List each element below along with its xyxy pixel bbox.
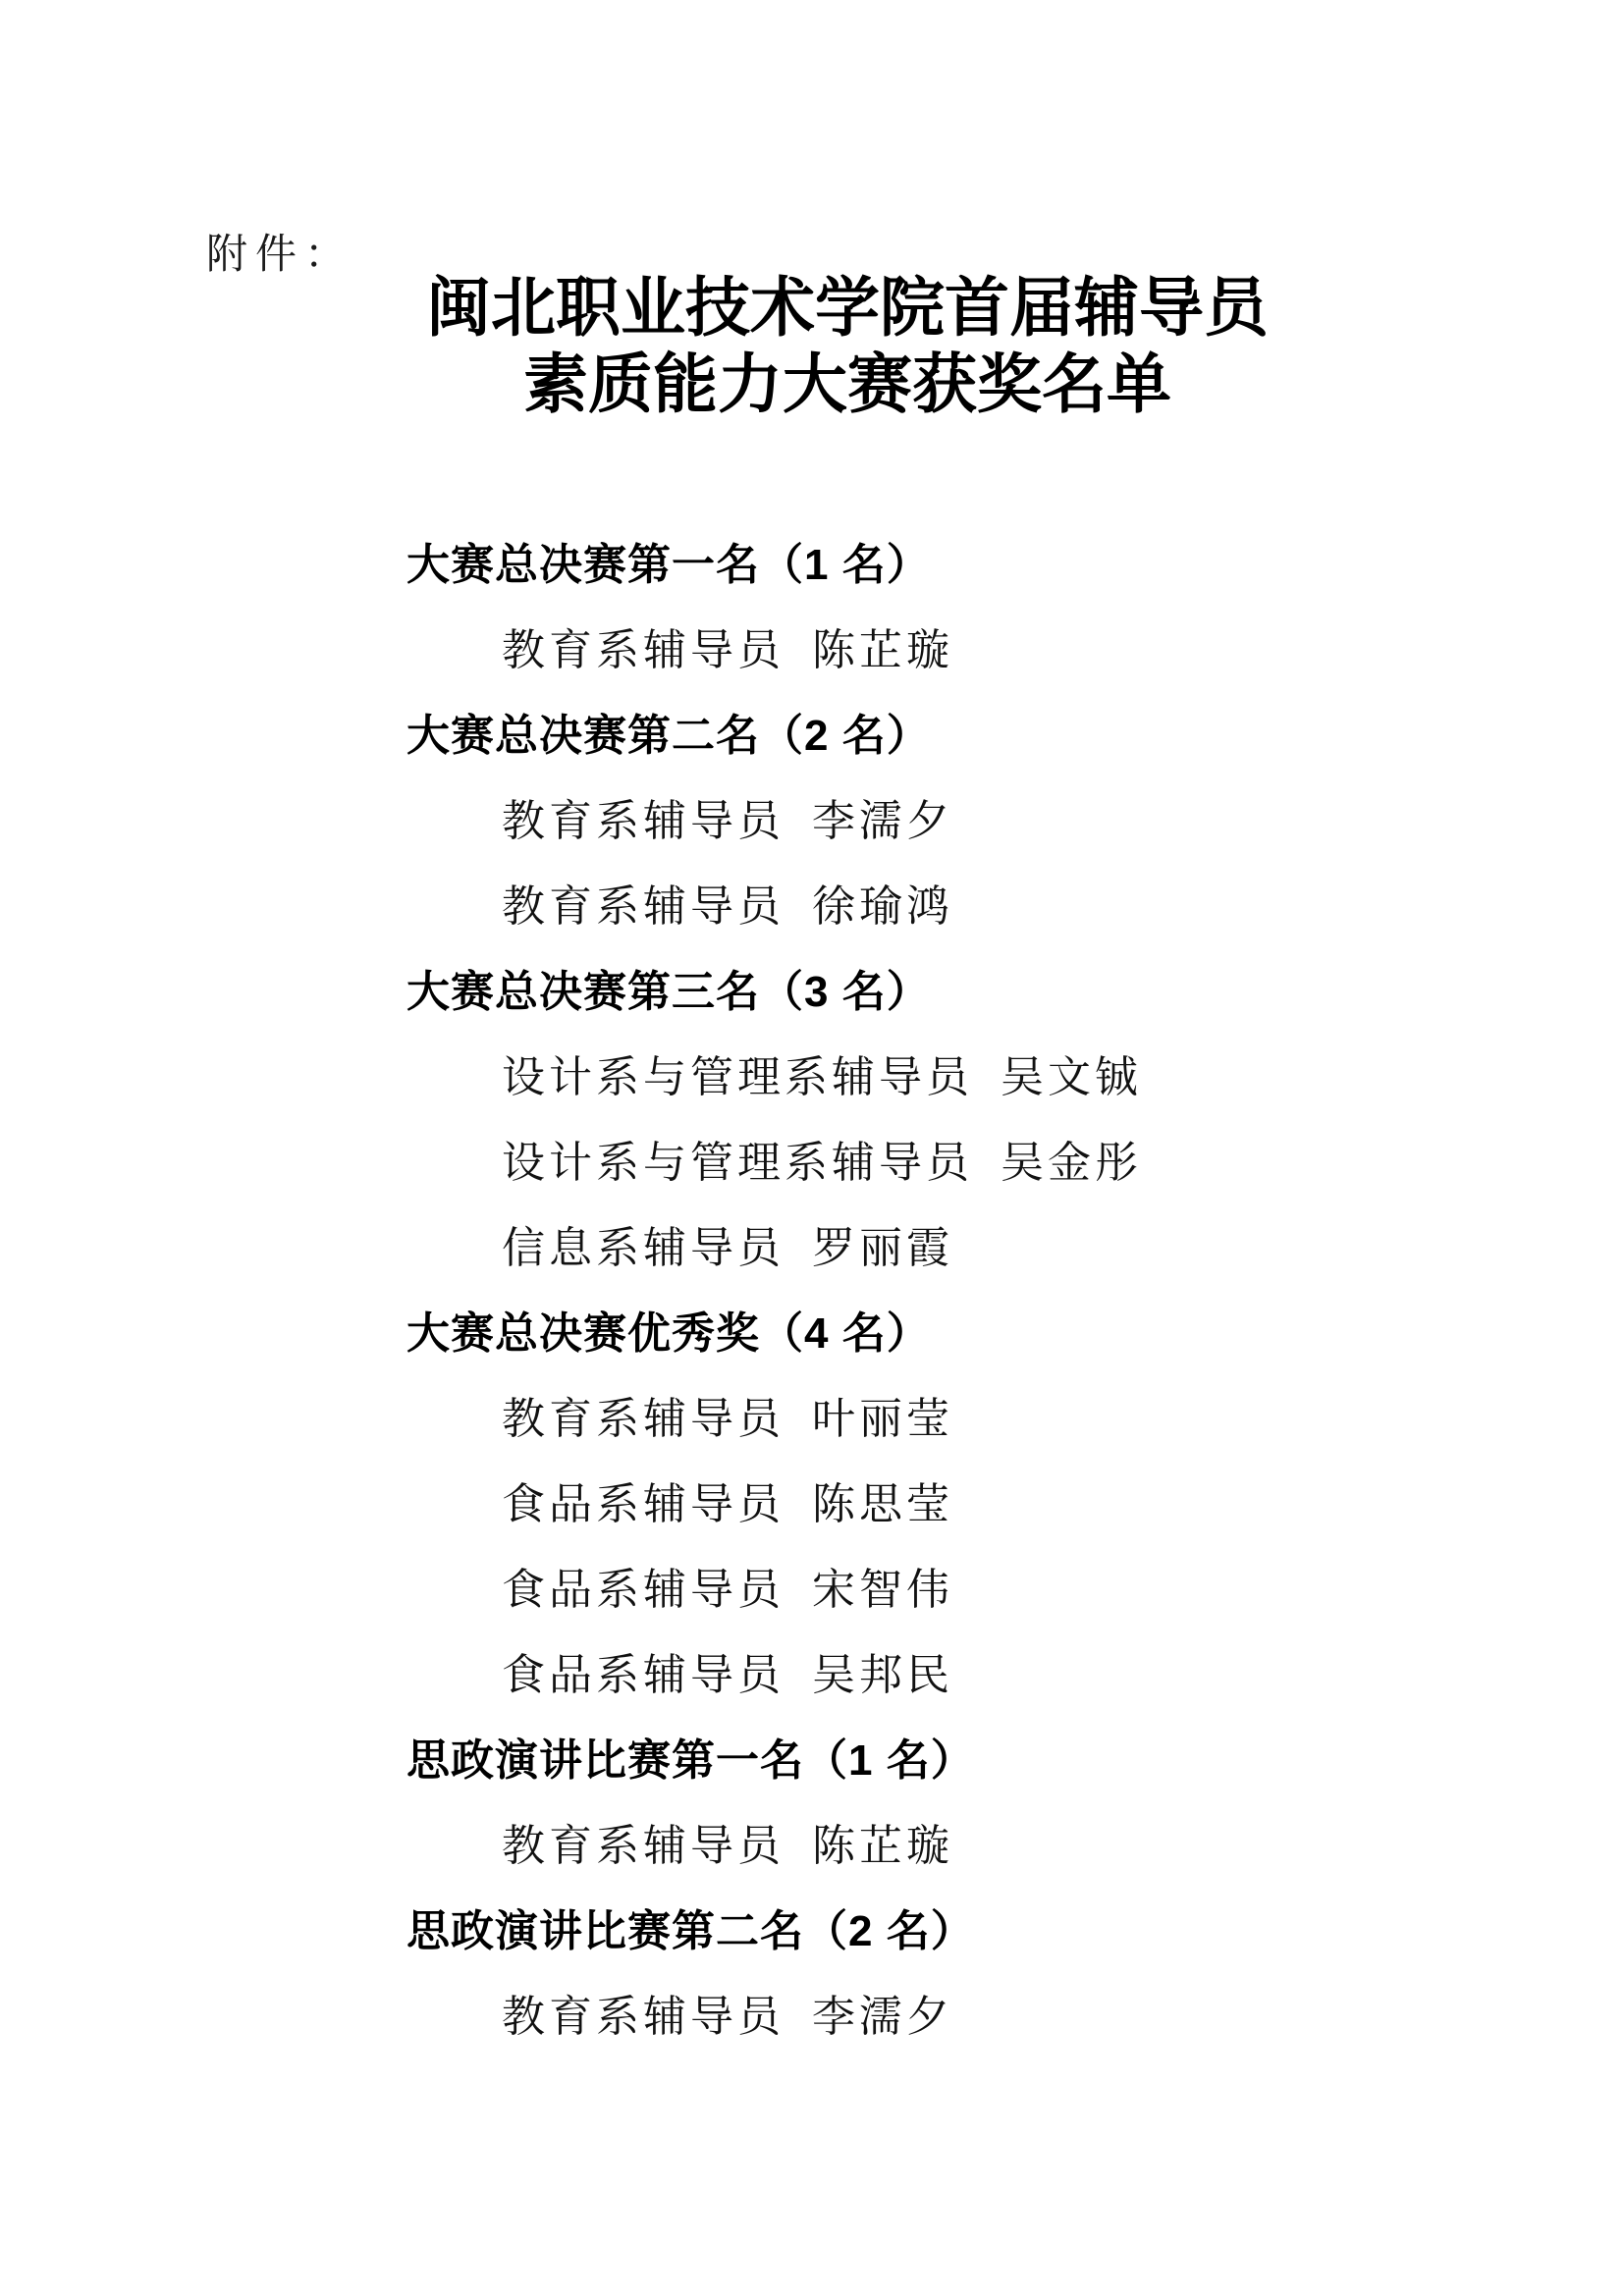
section-heading-final-second: 大赛总决赛第二名（2 名）	[406, 693, 1506, 778]
winner-name: 陈芷璇	[812, 626, 953, 674]
winner-dept: 食品系辅导员	[502, 1480, 785, 1528]
winner-dept: 教育系辅导员	[502, 1395, 785, 1443]
section-heading-final-third: 大赛总决赛第三名（3 名）	[406, 949, 1506, 1035]
winner-item: 信息系辅导员罗丽霞	[406, 1205, 1506, 1291]
winner-name: 吴邦民	[812, 1651, 953, 1699]
section-heading-speech-second: 思政演讲比赛第二名（2 名）	[406, 1889, 1506, 1974]
section-heading-speech-first: 思政演讲比赛第一名（1 名）	[406, 1718, 1506, 1803]
winner-item: 食品系辅导员陈思莹	[406, 1462, 1506, 1547]
winner-item: 食品系辅导员宋智伟	[406, 1547, 1506, 1632]
winner-item: 教育系辅导员陈芷璇	[406, 608, 1506, 693]
winner-item: 设计系与管理系辅导员吴金彤	[406, 1120, 1506, 1205]
document-page: 附件： 闽北职业技术学院首届辅导员 素质能力大赛获奖名单 大赛总决赛第一名（1 …	[0, 0, 1624, 2296]
winner-dept: 教育系辅导员	[502, 626, 785, 674]
document-title: 闽北职业技术学院首届辅导员 素质能力大赛获奖名单	[0, 271, 1624, 424]
winner-dept: 教育系辅导员	[502, 1993, 785, 2041]
winner-dept: 食品系辅导员	[502, 1651, 785, 1699]
section-heading-final-first: 大赛总决赛第一名（1 名）	[406, 522, 1506, 608]
winner-dept: 信息系辅导员	[502, 1224, 785, 1272]
winner-item: 教育系辅导员李濡夕	[406, 778, 1506, 864]
winner-name: 李濡夕	[812, 1993, 953, 2041]
winner-name: 徐瑜鸿	[812, 882, 953, 931]
winner-item: 食品系辅导员吴邦民	[406, 1632, 1506, 1718]
winner-name: 吴文铖	[1001, 1053, 1142, 1101]
winner-item: 教育系辅导员陈芷璇	[406, 1803, 1506, 1889]
winner-name: 陈思莹	[812, 1480, 953, 1528]
winner-name: 李濡夕	[812, 797, 953, 845]
title-line-2: 素质能力大赛获奖名单	[71, 347, 1624, 424]
winner-dept: 教育系辅导员	[502, 882, 785, 931]
winner-dept: 教育系辅导员	[502, 1822, 785, 1870]
winner-name: 吴金彤	[1001, 1139, 1142, 1187]
winner-item: 教育系辅导员李濡夕	[406, 1974, 1506, 2059]
winner-dept: 食品系辅导员	[502, 1566, 785, 1614]
winner-name: 宋智伟	[812, 1566, 953, 1614]
winner-name: 叶丽莹	[812, 1395, 953, 1443]
winner-item: 设计系与管理系辅导员吴文铖	[406, 1035, 1506, 1120]
winner-dept: 设计系与管理系辅导员	[502, 1053, 973, 1101]
title-line-1: 闽北职业技术学院首届辅导员	[71, 271, 1624, 347]
winner-item: 教育系辅导员叶丽莹	[406, 1376, 1506, 1462]
winner-dept: 教育系辅导员	[502, 797, 785, 845]
winner-name: 陈芷璇	[812, 1822, 953, 1870]
section-heading-final-excellence: 大赛总决赛优秀奖（4 名）	[406, 1291, 1506, 1376]
winner-name: 罗丽霞	[812, 1224, 953, 1272]
winner-item: 教育系辅导员徐瑜鸿	[406, 864, 1506, 949]
award-list: 大赛总决赛第一名（1 名） 教育系辅导员陈芷璇 大赛总决赛第二名（2 名） 教育…	[406, 522, 1506, 2059]
winner-dept: 设计系与管理系辅导员	[502, 1139, 973, 1187]
